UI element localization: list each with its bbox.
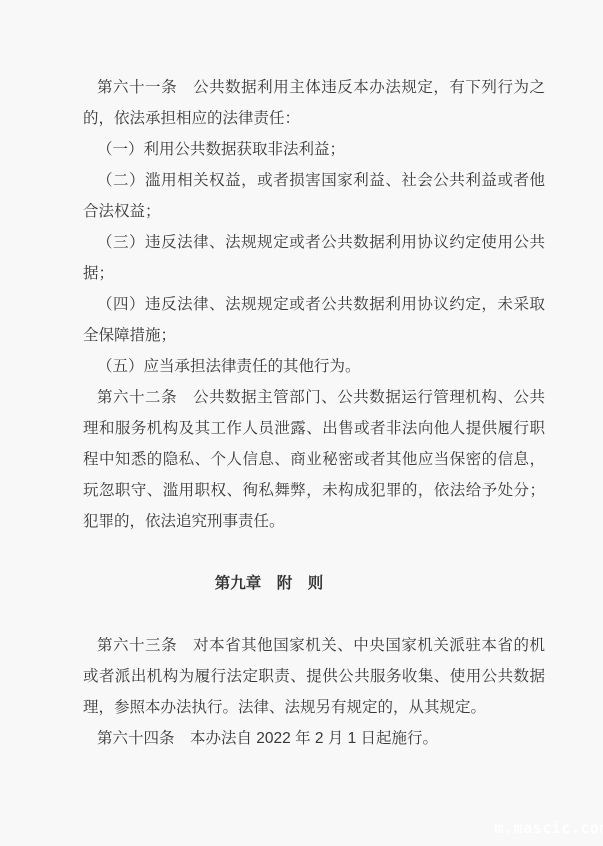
document-line: （二）滥用相关权益，或者损害国家利益、社会公共利益或者他人 [83, 165, 545, 196]
document-line: 第六十二条 公共数据主管部门、公共数据运行管理机构、公共管 [83, 382, 545, 413]
document-line: （四）违反法律、法规规定或者公共数据利用协议约定，未采取安 [83, 289, 545, 320]
document-page: 第六十一条 公共数据利用主体违反本办法规定，有下列行为之一 的，依法承担相应的法… [0, 0, 603, 846]
document-line: 全保障措施； [83, 320, 545, 351]
document-line: 合法权益； [83, 196, 545, 227]
document-line: 或者派出机构为履行法定职责、提供公共服务收集、使用公共数据的管 [83, 661, 545, 692]
document-line: 理和服务机构及其工作人员泄露、出售或者非法向他人提供履行职责过 [83, 413, 545, 444]
document-line: 的，依法承担相应的法律责任： [83, 103, 545, 134]
document-line: （三）违反法律、法规规定或者公共数据利用协议约定使用公共数 [83, 227, 545, 258]
document-line: 第六十一条 公共数据利用主体违反本办法规定，有下列行为之一 [83, 72, 545, 103]
document-line: 据； [83, 258, 545, 289]
watermark-text: m.mascic.com [495, 819, 603, 837]
document-text-block: 第六十一条 公共数据利用主体违反本办法规定，有下列行为之一 的，依法承担相应的法… [83, 72, 545, 754]
document-line: （一）利用公共数据获取非法利益； [83, 134, 545, 165]
document-line: 程中知悉的隐私、个人信息、商业秘密或者其他应当保密的信息，或者 [83, 444, 545, 475]
document-line: 第六十四条 本办法自 2022 年 2 月 1 日起施行。 [83, 723, 545, 754]
blank-line [83, 599, 545, 630]
document-line: （五）应当承担法律责任的其他行为。 [83, 351, 545, 382]
document-line: 理，参照本办法执行。法律、法规另有规定的，从其规定。 [83, 692, 545, 723]
document-line: 玩忽职守、滥用职权、徇私舞弊，未构成犯罪的，依法给予处分；构成 [83, 475, 545, 506]
blank-line [83, 537, 545, 568]
document-line: 第六十三条 对本省其他国家机关、中央国家机关派驻本省的机关 [83, 630, 545, 661]
document-line: 犯罪的，依法追究刑事责任。 [83, 506, 545, 537]
chapter-heading: 第九章 附 则 [83, 568, 545, 599]
